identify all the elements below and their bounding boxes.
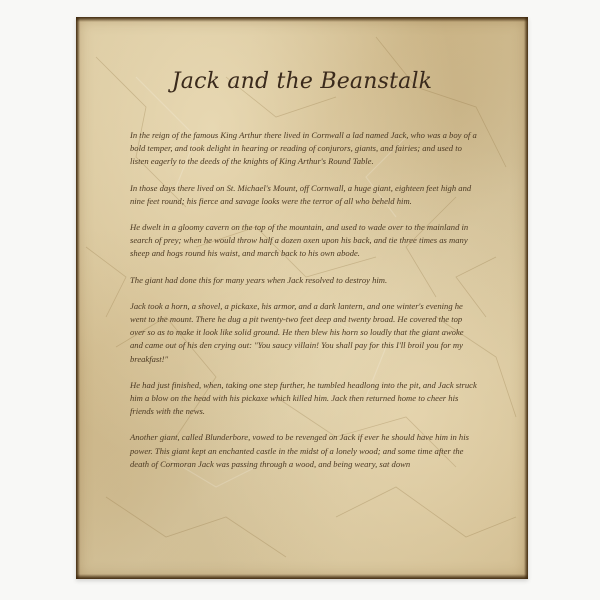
- paragraph: He dwelt in a gloomy cavern on the top o…: [130, 221, 478, 261]
- burnt-edge-left: [76, 17, 80, 579]
- document-title: Jack and the Beanstalk: [76, 69, 528, 94]
- paragraph: The giant had done this for many years w…: [130, 274, 478, 287]
- document-body: In the reign of the famous King Arthur t…: [130, 129, 478, 484]
- parchment-page: Jack and the Beanstalk In the reign of t…: [76, 17, 528, 579]
- paragraph: In those days there lived on St. Michael…: [130, 182, 478, 208]
- paragraph: In the reign of the famous King Arthur t…: [130, 129, 478, 169]
- burnt-edge-right: [524, 17, 528, 579]
- paragraph: Jack took a horn, a shovel, a pickaxe, h…: [130, 300, 478, 366]
- burnt-edge-bottom: [76, 574, 528, 579]
- paragraph: He had just finished, when, taking one s…: [130, 379, 478, 419]
- paragraph: Another giant, called Blunderbore, vowed…: [130, 431, 478, 471]
- burnt-edge-top: [76, 17, 528, 22]
